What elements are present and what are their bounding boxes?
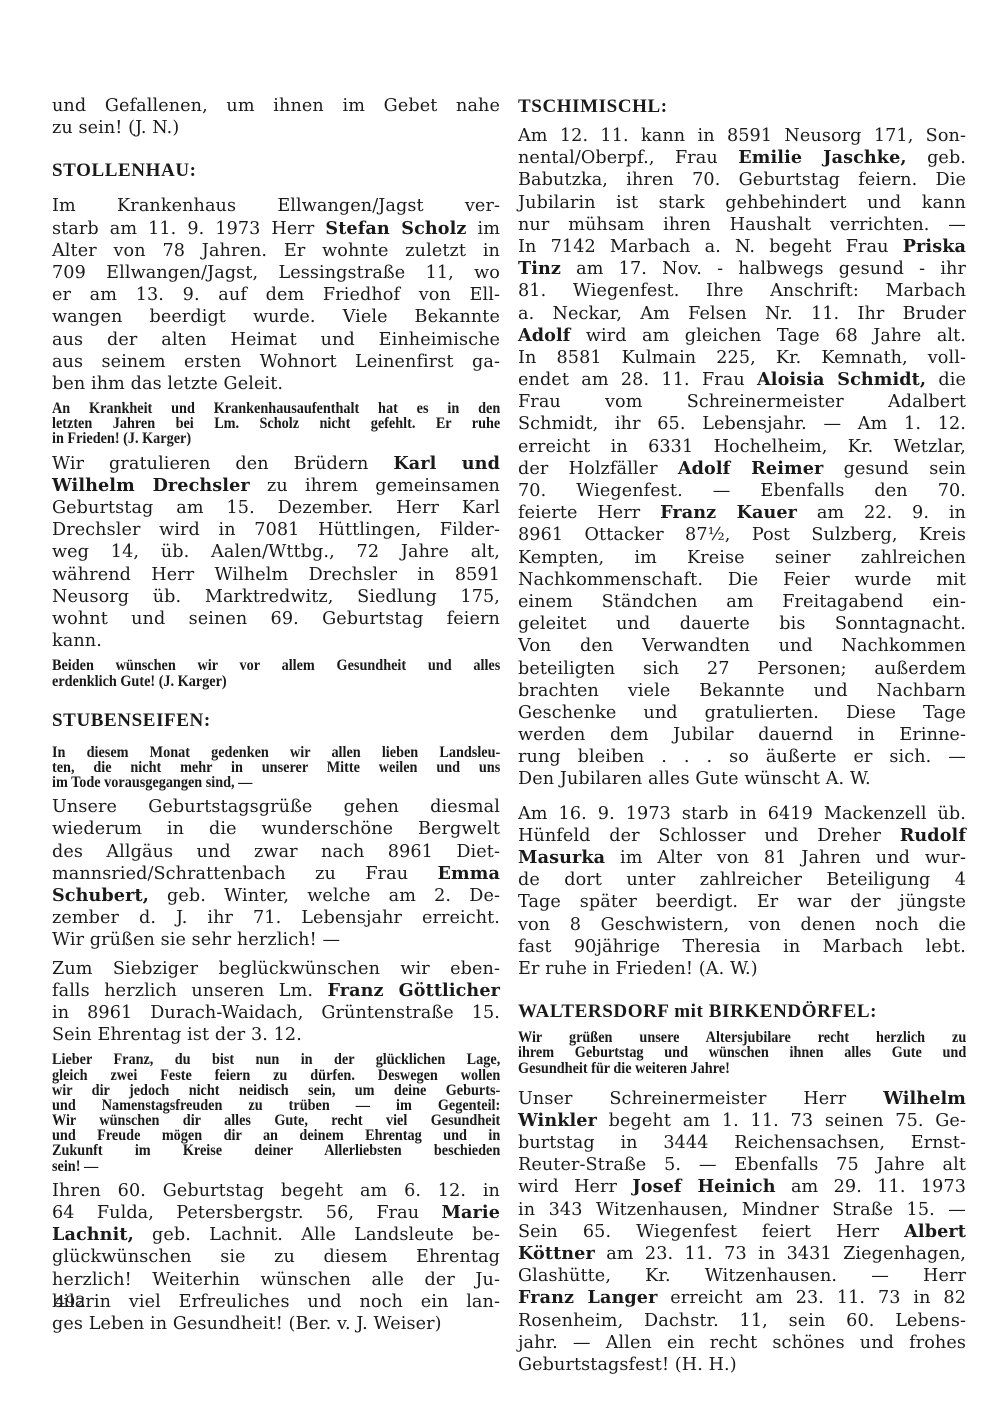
text-line: wiederum in die wunderschöne Bergwelt <box>52 818 500 840</box>
section-heading: STOLLENHAU: <box>52 159 500 183</box>
text-line: An Krankheit und Krankenhausaufenthalt h… <box>52 401 500 416</box>
text-line: Wir wünschen dir alles Gute, recht viel … <box>52 1113 500 1128</box>
text-line: nur mühsam ihren Haushalt verrichten. — <box>518 214 966 236</box>
text-line: Unser Schreinermeister Herr Wilhelm <box>518 1088 966 1110</box>
note-paragraph: Beiden wünschen wir vor allem Gesundheit… <box>52 658 500 688</box>
text-line: jahr. — Allen ein recht schönes und froh… <box>518 1332 966 1354</box>
text-line: gleich zwei Feste feiern zu dürfen. Desw… <box>52 1068 500 1083</box>
text-line: kann. <box>52 630 500 652</box>
text-line: Jubilarin ist stark gehbehindert und kan… <box>518 192 966 214</box>
article-paragraph: Ihren 60. Geburtstag begeht am 6. 12. in… <box>52 1180 500 1335</box>
text-line: feierte Herr Franz Kauer am 22. 9. in <box>518 502 966 524</box>
text-line: Schmidt, ihr 65. Lebensjahr. — Am 1. 12. <box>518 413 966 435</box>
spacer <box>52 139 500 159</box>
text-line: Kempten, im Kreise seiner zahlreichen <box>518 547 966 569</box>
text-line: zu sein! (J. N.) <box>52 117 500 139</box>
text-line: fast 90jährige Theresia in Marbach lebt. <box>518 936 966 958</box>
text-line: Drechsler wird in 7081 Hüttlingen, Filde… <box>52 519 500 541</box>
section-heading: STUBENSEIFEN: <box>52 709 500 733</box>
text-line: Sein Ehrentag ist der 3. 12. <box>52 1024 500 1046</box>
text-line: in 8961 Durach-Waidach, Grüntenstraße 15… <box>52 1002 500 1024</box>
text-line: falls herzlich unseren Lm. Franz Göttlic… <box>52 980 500 1002</box>
text-line: herzlich! Weiterhin wünschen alle der Ju… <box>52 1269 500 1291</box>
text-line: erreicht in 6331 Hochelheim, Kr. Wetzlar… <box>518 436 966 458</box>
text-line: Nachkommenschaft. Die Feier wurde mit <box>518 569 966 591</box>
text-line: Tinz am 17. Nov. - halbwegs gesund - ihr <box>518 258 966 280</box>
article-paragraph: Unser Schreinermeister Herr WilhelmWinkl… <box>518 1088 966 1376</box>
article-paragraph: Am 16. 9. 1973 starb in 6419 Mackenzell … <box>518 803 966 981</box>
text-line: weg 14, üb. Aalen/Wttbg., 72 Jahre alt, <box>52 541 500 563</box>
text-line: geleitet und dauerte bis Sonntagnacht. <box>518 613 966 635</box>
text-line: aus seinem ersten Wohnort Leinenfirst ga… <box>52 351 500 373</box>
text-line: Babutzka, ihren 70. Geburtstag feiern. D… <box>518 169 966 191</box>
text-line: mannsried/Schrattenbach zu Frau Emma <box>52 863 500 885</box>
text-line: in Frieden! (J. Karger) <box>52 431 500 446</box>
text-line: Unsere Geburtstagsgrüße gehen diesmal <box>52 796 500 818</box>
text-line: während Herr Wilhelm Drechsler in 8591 <box>52 564 500 586</box>
text-line: Geburtstag am 15. Dezember. Herr Karl <box>52 497 500 519</box>
text-line: Sein 65. Wiegenfest feiert Herr Albert <box>518 1221 966 1243</box>
text-line: Zukunft im Kreise deiner Allerliebsten b… <box>52 1143 500 1158</box>
section-heading: TSCHIMISCHL: <box>518 95 966 119</box>
text-line: ben ihm das letzte Geleit. <box>52 373 500 395</box>
text-line: Geburtstagsfest! (H. H.) <box>518 1354 966 1376</box>
text-line: und Freude mögen dir an deinem Ehrentag … <box>52 1128 500 1143</box>
text-line: endet am 28. 11. Frau Aloisia Schmidt, d… <box>518 369 966 391</box>
text-line: in 343 Witzenhausen, Mindner Straße 15. … <box>518 1199 966 1221</box>
note-paragraph: Wir grüßen unsere Altersjubilare recht h… <box>518 1030 966 1076</box>
article-paragraph: Am 12. 11. kann in 8591 Neusorg 171, Son… <box>518 125 966 791</box>
text-line: ihrem Geburtstag und wünschen ihnen alle… <box>518 1045 966 1060</box>
text-line: In diesem Monat gedenken wir allen liebe… <box>52 745 500 760</box>
text-line: Masurka im Alter von 81 Jahren und wur- <box>518 847 966 869</box>
text-line: wird Herr Josef Heinich am 29. 11. 1973 <box>518 1176 966 1198</box>
article-paragraph: Wir gratulieren den Brüdern Karl undWilh… <box>52 453 500 653</box>
text-line: Gesundheit für die weiteren Jahre! <box>518 1061 966 1076</box>
text-line: Geschenke und gratulierten. Diese Tage <box>518 702 966 724</box>
text-line: de dort unter zahlreicher Beteiligung 4 <box>518 869 966 891</box>
text-line: sein! — <box>52 1159 500 1174</box>
text-line: aus der alten Heimat und Einheimische <box>52 329 500 351</box>
text-line: bilarin viel Erfreuliches und noch ein l… <box>52 1291 500 1313</box>
article-paragraph: Im Krankenhaus Ellwangen/Jagst ver-starb… <box>52 195 500 395</box>
text-line: der Holzfäller Adolf Reimer gesund sein <box>518 458 966 480</box>
text-line: wohnt und seinen 69. Geburtstag feiern <box>52 608 500 630</box>
text-line: im Tode vorausgegangen sind, — <box>52 775 500 790</box>
text-line: Wir grüßen unsere Altersjubilare recht h… <box>518 1030 966 1045</box>
spacer <box>518 980 966 1000</box>
text-line: brachten viele Bekannte und Nachbarn <box>518 680 966 702</box>
spacer <box>518 1076 966 1088</box>
text-line: 64 Fulda, Petersbergstr. 56, Frau Marie <box>52 1202 500 1224</box>
text-line: Ihren 60. Geburtstag begeht am 6. 12. in <box>52 1180 500 1202</box>
text-line: ges Leben in Gesundheit! (Ber. v. J. Wei… <box>52 1313 500 1335</box>
text-line: Winkler begeht am 1. 11. 73 seinen 75. G… <box>518 1110 966 1132</box>
text-line: er am 13. 9. auf dem Friedhof von Ell- <box>52 284 500 306</box>
text-line: In 7142 Marbach a. N. begeht Frau Priska <box>518 236 966 258</box>
text-line: starb am 11. 9. 1973 Herr Stefan Scholz … <box>52 218 500 240</box>
text-line: 8961 Ottacker 87½, Post Sulzberg, Kreis <box>518 524 966 546</box>
note-paragraph: An Krankheit und Krankenhausaufenthalt h… <box>52 401 500 447</box>
text-line: und Gefallenen, um ihnen im Gebet nahe <box>52 95 500 117</box>
text-line: 709 Ellwangen/Jagst, Lessingstraße 11, w… <box>52 262 500 284</box>
text-line: Am 12. 11. kann in 8591 Neusorg 171, Son… <box>518 125 966 147</box>
text-line: erdenklich Gute! (J. Karger) <box>52 674 500 689</box>
note-paragraph: In diesem Monat gedenken wir allen liebe… <box>52 745 500 791</box>
article-paragraph: Zum Siebziger beglückwünschen wir eben-f… <box>52 958 500 1047</box>
text-line: a. Neckar, Am Felsen Nr. 11. Ihr Bruder <box>518 303 966 325</box>
text-line: Zum Siebziger beglückwünschen wir eben- <box>52 958 500 980</box>
spacer <box>518 791 966 803</box>
section-heading: WALTERSDORF mit BIRKENDÖRFEL: <box>518 1000 966 1024</box>
spacer <box>52 689 500 709</box>
text-line: Lieber Franz, du bist nun in der glückli… <box>52 1052 500 1067</box>
text-line: nental/Oberpf., Frau Emilie Jaschke, geb… <box>518 147 966 169</box>
text-line: einem Ständchen am Freitagabend ein- <box>518 591 966 613</box>
note-paragraph: Lieber Franz, du bist nun in der glückli… <box>52 1052 500 1174</box>
text-line: von 8 Geschwistern, von denen noch die <box>518 914 966 936</box>
text-line: Den Jubilaren alles Gute wünscht A. W. <box>518 768 966 790</box>
text-line: Wilhelm Drechsler zu ihrem gemeinsamen <box>52 475 500 497</box>
text-line: Wir gratulieren den Brüdern Karl und <box>52 453 500 475</box>
text-line: 70. Wiegenfest. — Ebenfalls den 70. <box>518 480 966 502</box>
text-line: rung bleiben . . . so äußerte er sich. — <box>518 746 966 768</box>
text-line: Glashütte, Kr. Witzenhausen. — Herr <box>518 1265 966 1287</box>
text-line: Tage später beerdigt. Er war der jüngste <box>518 891 966 913</box>
text-line: Im Krankenhaus Ellwangen/Jagst ver- <box>52 195 500 217</box>
article-paragraph: und Gefallenen, um ihnen im Gebet nahezu… <box>52 95 500 139</box>
text-line: Von den Verwandten und Nachkommen <box>518 635 966 657</box>
text-line: Reuter-Straße 5. — Ebenfalls 75 Jahre al… <box>518 1154 966 1176</box>
text-line: wir dir jedoch nicht neidisch sein, um d… <box>52 1083 500 1098</box>
text-line: 81. Wiegenfest. Ihre Anschrift: Marbach <box>518 280 966 302</box>
text-line: Er ruhe in Frieden! (A. W.) <box>518 958 966 980</box>
text-line: letzten Jahren bei Lm. Scholz nicht gefe… <box>52 416 500 431</box>
text-line: Wir grüßen sie sehr herzlich! — <box>52 929 500 951</box>
text-line: In 8581 Kulmain 225, Kr. Kemnath, voll- <box>518 347 966 369</box>
text-line: burtstag in 3444 Reichensachsen, Ernst- <box>518 1132 966 1154</box>
text-line: glückwünschen sie zu diesem Ehrentag <box>52 1246 500 1268</box>
page-number: 492 <box>55 1292 86 1311</box>
article-paragraph: Unsere Geburtstagsgrüße gehen diesmalwie… <box>52 796 500 951</box>
text-line: Neusorg üb. Marktredwitz, Siedlung 175, <box>52 586 500 608</box>
text-line: Beiden wünschen wir vor allem Gesundheit… <box>52 658 500 673</box>
text-line: zember d. J. ihr 71. Lebensjahr erreicht… <box>52 907 500 929</box>
text-line: werden dem Jubilar dauernd in Erinne- <box>518 724 966 746</box>
text-line: des Allgäus und zwar nach 8961 Diet- <box>52 841 500 863</box>
text-line: beteiligten sich 27 Personen; außerdem <box>518 658 966 680</box>
text-line: Alter von 78 Jahren. Er wohnte zuletzt i… <box>52 240 500 262</box>
text-line: Franz Langer erreicht am 23. 11. 73 in 8… <box>518 1287 966 1309</box>
text-line: Rosenheim, Dachstr. 11, sein 60. Lebens- <box>518 1310 966 1332</box>
text-line: Köttner am 23. 11. 73 in 3431 Ziegenhage… <box>518 1243 966 1265</box>
text-line: Frau vom Schreinermeister Adalbert <box>518 391 966 413</box>
spacer <box>52 183 500 195</box>
text-line: wangen beerdigt wurde. Viele Bekannte <box>52 306 500 328</box>
text-line: Adolf wird am gleichen Tage 68 Jahre alt… <box>518 325 966 347</box>
text-line: Hünfeld der Schlosser und Dreher Rudolf <box>518 825 966 847</box>
text-line: Lachnit, geb. Lachnit. Alle Landsleute b… <box>52 1224 500 1246</box>
text-line: Schubert, geb. Winter, welche am 2. De- <box>52 885 500 907</box>
right-column: TSCHIMISCHL:Am 12. 11. kann in 8591 Neus… <box>518 95 966 1376</box>
left-column: und Gefallenen, um ihnen im Gebet nahezu… <box>52 95 500 1335</box>
text-line: Am 16. 9. 1973 starb in 6419 Mackenzell … <box>518 803 966 825</box>
text-line: ten, die nicht mehr in unserer Mitte wei… <box>52 760 500 775</box>
text-line: und Namenstagsfreuden zu trüben — im Geg… <box>52 1098 500 1113</box>
